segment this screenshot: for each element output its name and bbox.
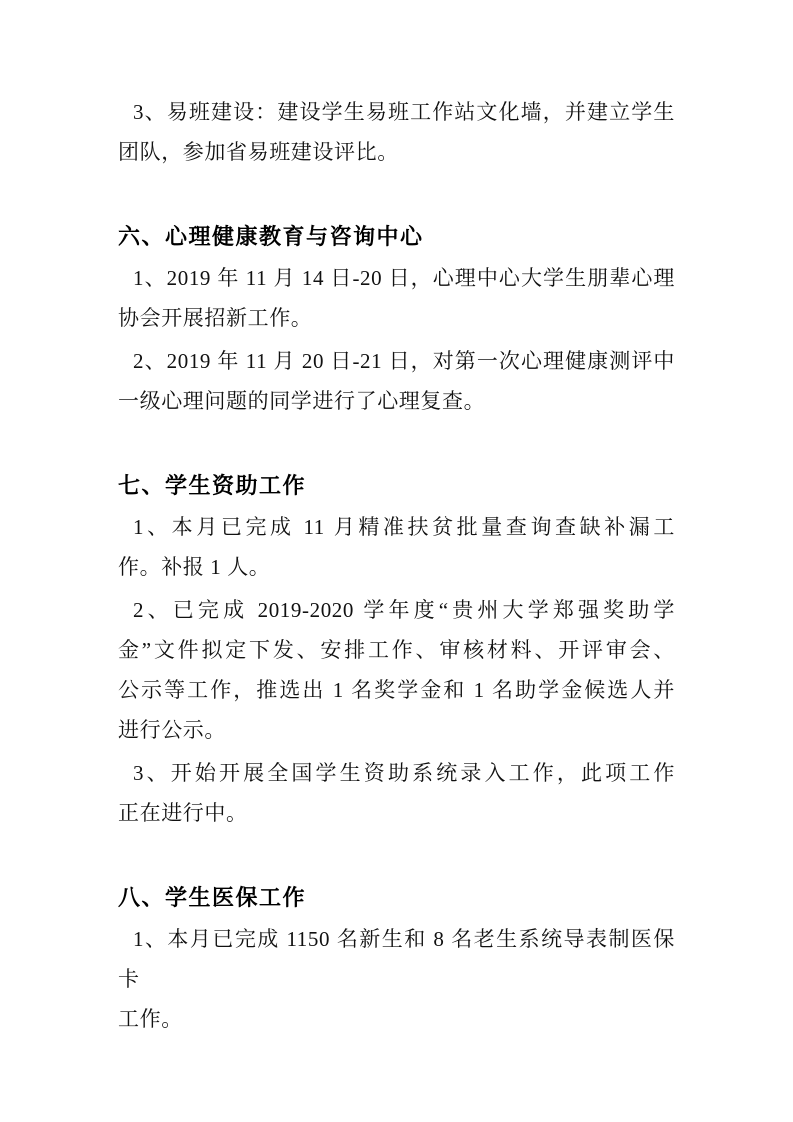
text-line: 工作。 (118, 999, 675, 1039)
text-line: 1、本月已完成 1150 名新生和 8 名老生系统导表制医保卡 (118, 919, 675, 999)
text-line: 协会开展招新工作。 (118, 298, 675, 338)
section-heading-8: 八、学生医保工作 (118, 879, 675, 919)
paragraph: 2、已完成 2019-2020 学年度“贵州大学郑强奖助学 金”文件拟定下发、安… (118, 590, 675, 750)
document-page: 3、易班建设：建设学生易班工作站文化墙，并建立学生 团队，参加省易班建设评比。 … (0, 0, 793, 1122)
paragraph: 1、2019 年 11 月 14 日-20 日，心理中心大学生朋辈心理 协会开展… (118, 258, 675, 338)
text-line: 正在进行中。 (118, 793, 675, 833)
text-line: 1、本月已完成 11 月精准扶贫批量查询查缺补漏工 (118, 507, 675, 547)
text-line: 2、2019 年 11 月 20 日-21 日，对第一次心理健康测评中 (118, 341, 675, 381)
text-line: 作。补报 1 人。 (118, 547, 675, 587)
text-line: 团队，参加省易班建设评比。 (118, 132, 675, 172)
paragraph: 2、2019 年 11 月 20 日-21 日，对第一次心理健康测评中 一级心理… (118, 341, 675, 421)
paragraph: 3、易班建设：建设学生易班工作站文化墙，并建立学生 团队，参加省易班建设评比。 (118, 92, 675, 172)
text-line: 一级心理问题的同学进行了心理复查。 (118, 381, 675, 421)
text-line: 1、2019 年 11 月 14 日-20 日，心理中心大学生朋辈心理 (118, 258, 675, 298)
paragraph: 1、本月已完成 1150 名新生和 8 名老生系统导表制医保卡 工作。 (118, 919, 675, 1039)
text-line: 公示等工作，推选出 1 名奖学金和 1 名助学金候选人并 (118, 670, 675, 710)
text-line: 3、开始开展全国学生资助系统录入工作，此项工作 (118, 753, 675, 793)
section-heading-6: 六、心理健康教育与咨询中心 (118, 218, 675, 258)
text-line: 2、已完成 2019-2020 学年度“贵州大学郑强奖助学 (118, 590, 675, 630)
section-heading-7: 七、学生资助工作 (118, 467, 675, 507)
paragraph: 3、开始开展全国学生资助系统录入工作，此项工作 正在进行中。 (118, 753, 675, 833)
paragraph: 1、本月已完成 11 月精准扶贫批量查询查缺补漏工 作。补报 1 人。 (118, 507, 675, 587)
text-line: 进行公示。 (118, 710, 675, 750)
text-line: 3、易班建设：建设学生易班工作站文化墙，并建立学生 (118, 92, 675, 132)
text-line: 金”文件拟定下发、安排工作、审核材料、开评审会、 (118, 630, 675, 670)
